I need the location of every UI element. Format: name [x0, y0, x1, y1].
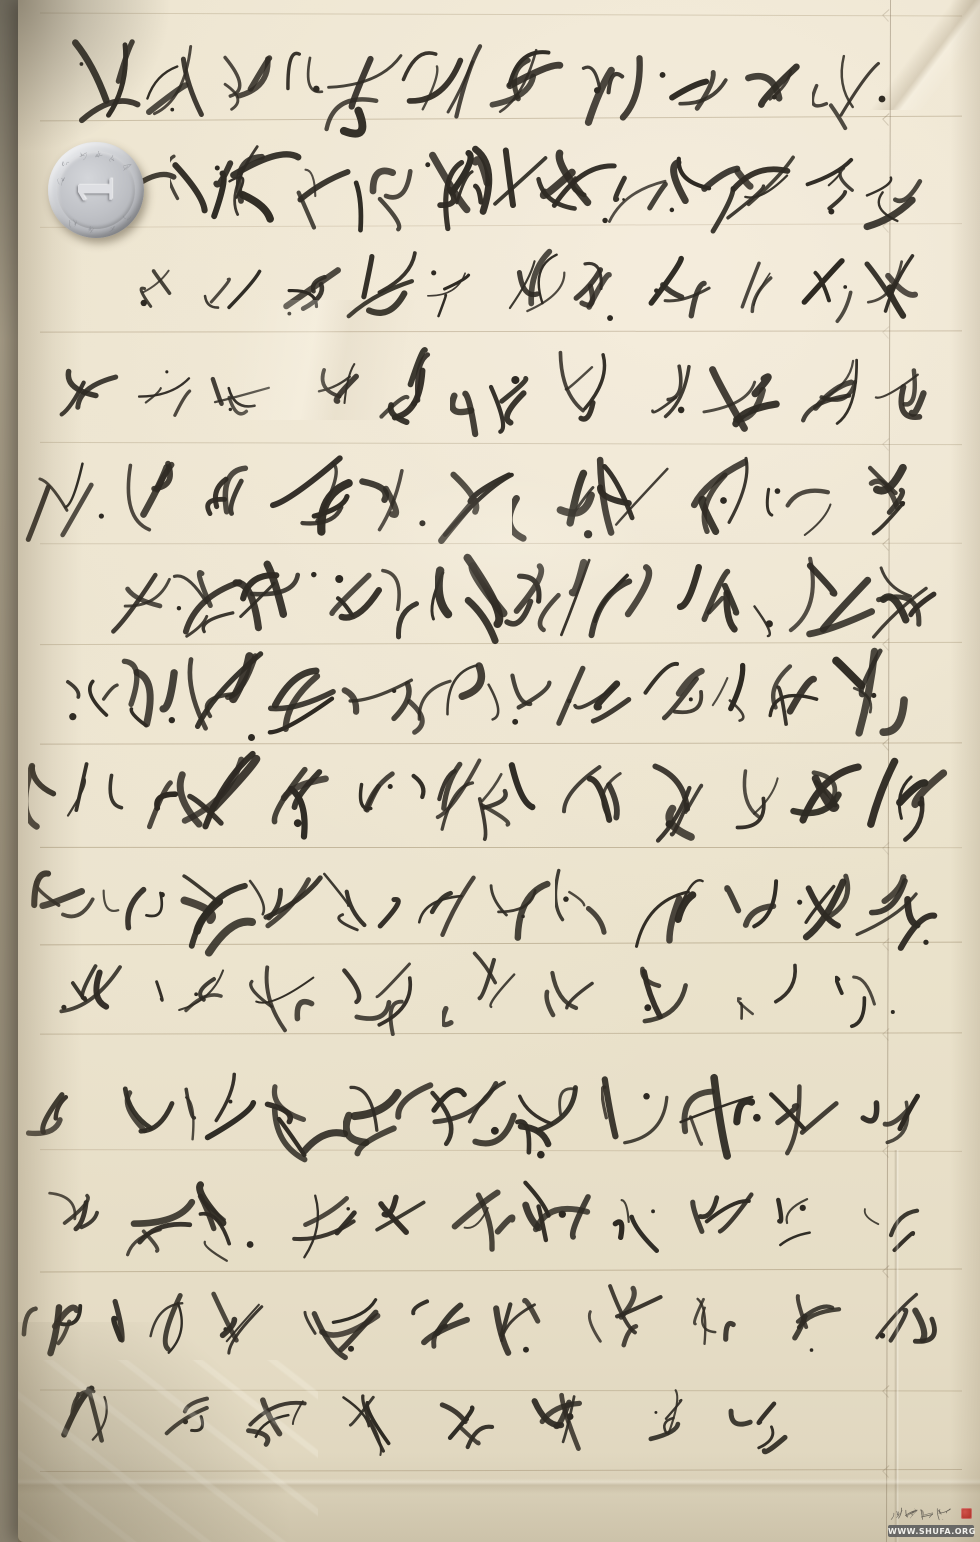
calligraphy-char — [829, 645, 931, 743]
ruled-line — [40, 1269, 962, 1273]
calligraphy-char — [564, 252, 644, 328]
calligraphy-char — [848, 553, 953, 654]
paper-edge-shadow — [18, 1452, 980, 1542]
calligraphy-char — [104, 449, 196, 537]
calligraphy-char — [210, 1286, 287, 1359]
calligraphy-char — [601, 1076, 681, 1152]
calligraphy-char — [835, 449, 935, 545]
calligraphy-char — [343, 1077, 441, 1171]
watermark-seal-icon — [961, 1508, 972, 1519]
calligraphy-char — [320, 861, 410, 947]
calligraphy-char — [301, 1287, 385, 1367]
pencil-tick-mark — [882, 9, 895, 22]
calligraphy-char — [622, 658, 709, 741]
calligraphy-char — [355, 463, 435, 539]
pencil-tick-mark — [882, 1265, 895, 1278]
calligraphy-char — [439, 1396, 507, 1460]
calligraphy-char — [858, 756, 953, 847]
ruled-line — [40, 1469, 962, 1472]
calligraphy-char — [401, 1281, 475, 1351]
calligraphy-char — [24, 1086, 96, 1154]
calligraphy-char — [132, 363, 203, 430]
ruled-line — [40, 442, 962, 445]
calligraphy-char — [586, 1281, 668, 1359]
calligraphy-char — [779, 356, 867, 440]
calligraphy-char — [835, 966, 906, 1033]
calligraphy-char — [291, 360, 371, 436]
calligraphy-char — [684, 1291, 758, 1361]
calligraphy-char — [778, 1293, 853, 1364]
calligraphy-char — [854, 1191, 926, 1259]
calligraphy-char — [15, 869, 106, 956]
calligraphy-char — [765, 468, 841, 540]
coin-numeral: 1 — [48, 142, 144, 238]
calligraphy-char — [340, 958, 431, 1045]
calligraphy-char — [541, 961, 617, 1033]
calligraphy-char — [531, 1388, 607, 1460]
watermark-site-name — [890, 1505, 974, 1522]
calligraphy-char — [254, 764, 341, 847]
calligraphy-char — [858, 245, 943, 326]
calligraphy-char — [188, 464, 275, 547]
coin-one-yuan: 1 — [48, 142, 144, 238]
calligraphy-char — [450, 355, 540, 441]
calligraphy-char — [790, 257, 863, 326]
calligraphy-char — [368, 346, 458, 432]
calligraphy-char — [728, 1395, 793, 1456]
calligraphy-char — [488, 248, 572, 328]
calligraphy-char — [153, 967, 230, 1040]
calligraphy-char — [196, 1181, 289, 1270]
calligraphy-char — [639, 956, 713, 1026]
calligraphy-char — [393, 38, 489, 130]
calligraphy-char — [446, 1186, 524, 1260]
calligraphy-char — [839, 154, 931, 242]
calligraphy-char — [652, 56, 733, 133]
pencil-tick-mark — [882, 326, 895, 339]
calligraphy-char — [202, 253, 267, 314]
calligraphy-char — [513, 1078, 604, 1165]
calligraphy-char — [283, 1187, 363, 1263]
calligraphy-char — [630, 1384, 698, 1448]
calligraphy-char — [775, 1195, 844, 1260]
calligraphy-char — [492, 1284, 572, 1360]
calligraphy-char — [442, 950, 524, 1028]
calligraphy-char — [612, 1193, 682, 1259]
calligraphy-char — [120, 1187, 202, 1265]
calligraphy-char — [708, 878, 787, 953]
calligraphy-char — [126, 264, 194, 328]
calligraphy-char — [424, 264, 489, 325]
calligraphy-char — [538, 348, 617, 423]
calligraphy-char — [53, 1381, 127, 1451]
calligraphy-char — [476, 40, 573, 133]
calligraphy-char — [562, 53, 655, 142]
calligraphy-char — [400, 866, 483, 945]
paper-edge-shadow — [950, 0, 980, 1542]
calligraphy-char — [850, 1085, 931, 1162]
shufa-watermark: WWW.SHUFA.ORG — [888, 1505, 974, 1537]
calligraphy-char — [369, 1186, 440, 1253]
calligraphy-char — [675, 451, 768, 540]
calligraphy-char — [248, 961, 329, 1038]
ruled-line — [40, 13, 962, 17]
ruled-line — [40, 330, 962, 332]
calligraphy-char — [851, 862, 950, 957]
calligraphy-char — [689, 1182, 768, 1257]
calligraphy-char — [245, 1391, 318, 1460]
calligraphy-char — [812, 46, 908, 138]
calligraphy-char — [641, 254, 716, 325]
watermark-char — [936, 1507, 955, 1522]
calligraphy-char — [106, 1078, 180, 1148]
calligraphy-char — [28, 753, 112, 833]
calligraphy-char — [555, 863, 634, 938]
watermark-url: WWW.SHUFA.ORG — [888, 1525, 974, 1537]
calligraphy-char — [717, 253, 788, 320]
calligraphy-char — [268, 258, 348, 334]
calligraphy-char — [596, 456, 683, 539]
paper-crease — [18, 1478, 980, 1494]
calligraphy-char — [155, 1388, 217, 1446]
calligraphy-char — [765, 1081, 849, 1161]
calligraphy-char — [342, 246, 423, 323]
calligraphy-char — [675, 1072, 773, 1166]
calligraphy-char — [521, 1173, 612, 1260]
calligraphy-char — [431, 466, 522, 553]
calligraphy-char — [19, 1289, 101, 1367]
calligraphy-char — [478, 874, 559, 951]
letter-paper: 1 WWW.SHUFA.ORG — [18, 0, 980, 1542]
calligraphy-char — [696, 358, 786, 444]
calligraphy-char — [59, 37, 152, 126]
calligraphy-char — [263, 1077, 355, 1165]
calligraphy-char — [41, 1185, 120, 1260]
pencil-tick-mark — [882, 1385, 895, 1398]
calligraphy-char — [871, 1281, 950, 1356]
calligraphy-char — [485, 672, 561, 744]
calligraphy-char — [111, 1285, 197, 1367]
calligraphy-char — [621, 351, 698, 424]
calligraphy-char — [21, 459, 115, 549]
calligraphy-char — [182, 1070, 270, 1154]
calligraphy-char — [737, 955, 810, 1024]
calligraphy-char — [512, 461, 605, 550]
calligraphy-char — [209, 358, 290, 435]
calligraphy-char — [734, 54, 818, 134]
calligraphy-char — [46, 364, 124, 438]
pencil-tick-mark — [882, 1465, 895, 1478]
photo-of-calligraphy-letter: { "page": { "type": "photograph of a han… — [0, 0, 980, 1542]
calligraphy-char — [336, 769, 412, 841]
calligraphy-char — [624, 865, 718, 955]
calligraphy-char — [863, 359, 948, 440]
calligraphy-char — [428, 1066, 523, 1157]
calligraphy-char — [340, 1390, 414, 1460]
calligraphy-char — [55, 961, 135, 1037]
calligraphy-char — [263, 454, 364, 551]
